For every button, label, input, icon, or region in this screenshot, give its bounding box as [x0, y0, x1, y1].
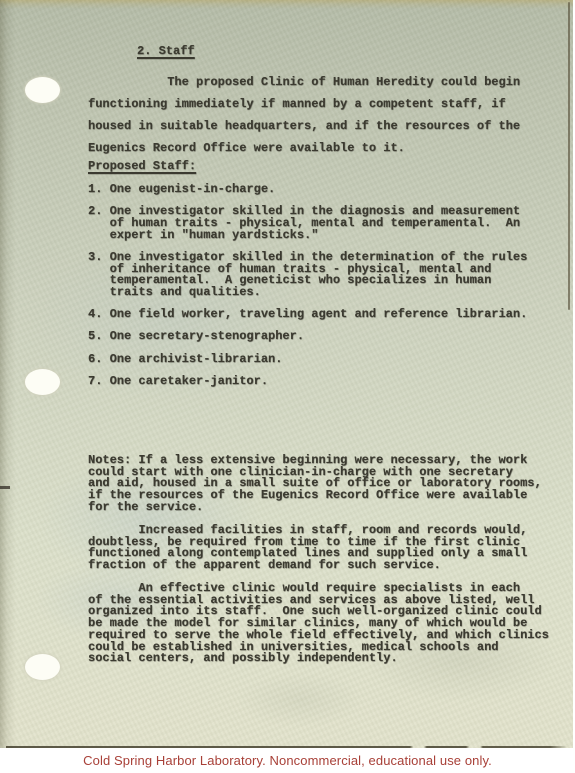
proposed-staff-heading: Proposed Staff:	[88, 161, 196, 173]
punch-hole-bottom	[25, 654, 60, 680]
scan-edge-mark	[0, 486, 10, 489]
section-heading: 2. Staff	[137, 46, 195, 58]
staff-list: 1. One eugenist-in-charge. 2. One invest…	[88, 184, 558, 398]
staff-list-item: 5. One secretary-stenographer.	[88, 331, 558, 343]
staff-list-item: 3. One investigator skilled in the deter…	[88, 252, 558, 299]
punch-hole-top	[25, 77, 60, 103]
staff-list-item: 6. One archivist-librarian.	[88, 354, 558, 366]
staff-list-item: 1. One eugenist-in-charge.	[88, 184, 558, 196]
scan-right-edge-line	[568, 2, 570, 310]
intro-paragraph: The proposed Clinic of Human Heredity co…	[88, 71, 548, 159]
document-scan: 2. Staff The proposed Clinic of Human He…	[0, 0, 573, 748]
staff-list-item: 7. One caretaker-janitor.	[88, 376, 558, 388]
staff-list-item: 2. One investigator skilled in the diagn…	[88, 206, 558, 241]
page: 2. Staff The proposed Clinic of Human He…	[0, 0, 575, 773]
notes-paragraph: Increased facilities in staff, room and …	[88, 525, 563, 572]
notes-paragraph: An effective clinic would require specia…	[88, 583, 568, 665]
credit-footer: Cold Spring Harbor Laboratory. Noncommer…	[0, 748, 575, 773]
punch-hole-middle	[25, 369, 60, 395]
credit-text: Cold Spring Harbor Laboratory. Noncommer…	[83, 753, 492, 768]
staff-list-item: 4. One field worker, traveling agent and…	[88, 309, 558, 321]
notes-paragraph: Notes: If a less extensive beginning wer…	[88, 455, 563, 514]
